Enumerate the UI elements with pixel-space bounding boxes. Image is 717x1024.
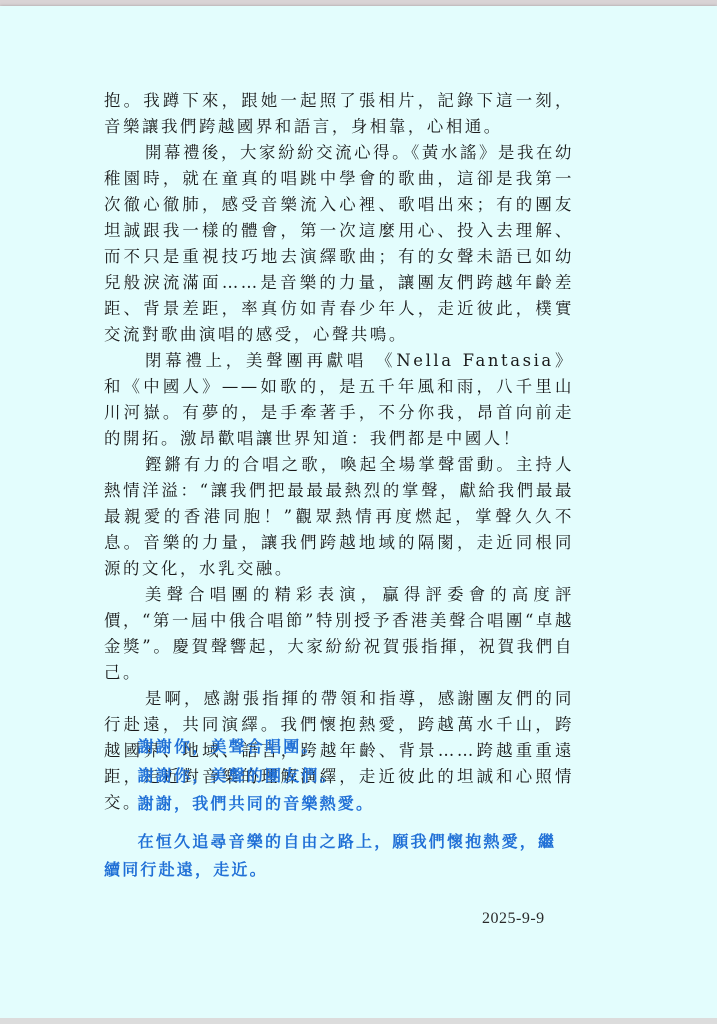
closing-line: 謝謝你，美聲的團友們。	[104, 762, 574, 791]
closing-thanks-block: 謝謝你，美聲合唱團。 謝謝你，美聲的團友們。 謝謝，我們共同的音樂熱愛。 在恒久…	[104, 733, 574, 885]
paragraph-applause: 鏗鏘有力的合唱之歌，喚起全場掌聲雷動。主持人熱情洋溢：“讓我們把最最最熱烈的掌聲…	[104, 452, 574, 582]
document-body: 抱。我蹲下來，跟她一起照了張相片，記錄下這一刻，音樂讓我們跨越國界和語言，身相靠…	[104, 88, 574, 816]
viewer-bottom-edge	[0, 1018, 717, 1024]
document-date: 2025-9-9	[482, 910, 545, 928]
paragraph-award: 美聲合唱團的精彩表演，贏得評委會的高度評價，“第一屆中俄合唱節”特別授予香港美聲…	[104, 582, 574, 686]
paragraph-continued: 抱。我蹲下來，跟她一起照了張相片，記錄下這一刻，音樂讓我們跨越國界和語言，身相靠…	[104, 88, 574, 140]
closing-line: 謝謝你，美聲合唱團。	[104, 733, 574, 762]
closing-line: 在恒久追尋音樂的自由之路上，願我們懷抱熱愛，繼續同行赴遠，走近。	[104, 828, 574, 885]
closing-line: 謝謝，我們共同的音樂熱愛。	[104, 790, 574, 819]
paragraph-exchange: 開幕禮後，大家紛紛交流心得。《黃水謠》是我在幼稚園時，就在童真的唱跳中學會的歌曲…	[104, 140, 574, 348]
paragraph-closing-ceremony: 閉幕禮上，美聲團再獻唱 《Nella Fantasia》 和《中國人》——如歌的…	[104, 348, 574, 452]
